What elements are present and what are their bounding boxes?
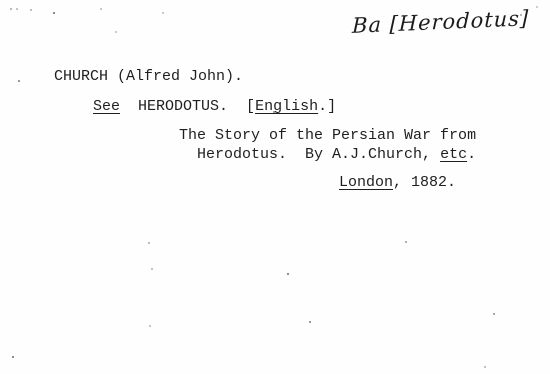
author-heading: CHURCH (Alfred John). [54,68,243,85]
etc-period: . [467,146,476,163]
imprint-line: London, 1882. [303,160,456,205]
see-word: See [93,98,120,115]
imprint-date: , 1882. [393,174,456,191]
catalog-card: Ba [Herodotus] CHURCH (Alfred John). See… [0,0,550,374]
imprint-place: London [339,174,393,191]
scan-dust-specks [0,0,2,2]
handwritten-shelfmark: Ba [Herodotus] [352,6,530,38]
